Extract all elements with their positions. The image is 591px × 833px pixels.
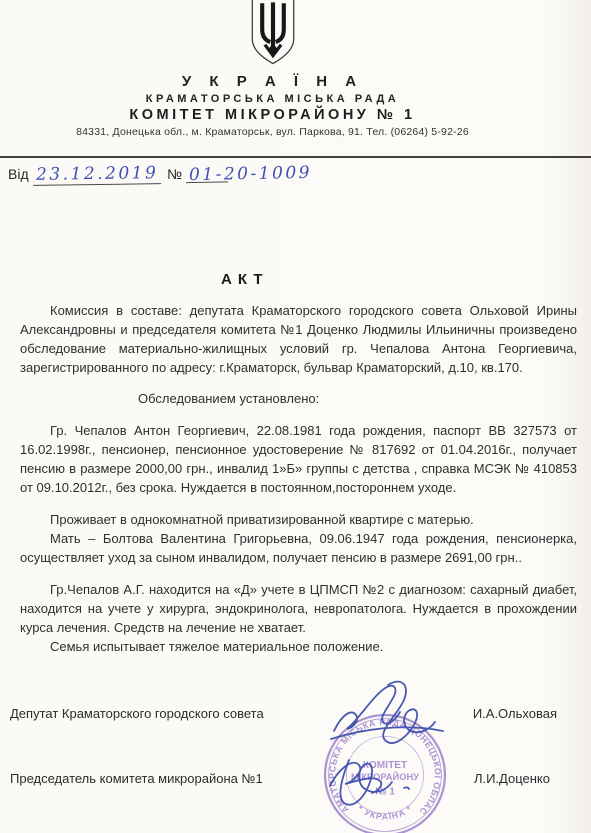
letterhead-address: 84331, Донецька обл., м. Краматорськ, ву… [0,126,545,138]
document-title: АКТ [221,271,269,288]
signature-row-deputy: Депутат Краматорского городского совета … [10,706,560,721]
letterhead-divider [0,156,591,158]
number-label: № [167,166,182,182]
signature-dotsenko-ink [316,742,428,820]
letterhead-council: КРАМАТОРСЬКА МІСЬКА РАДА [0,93,545,105]
from-label: Від [8,166,29,182]
handwritten-date: 23.12.2019 [32,163,161,186]
reference-line: Від23.12.2019№01-20-1009 [8,164,312,185]
signer-role: Депутат Краматорского городского совета [10,706,264,721]
subheading-findings: Обследованием установлено: [138,389,577,408]
scanned-document-page: У К Р А Ї Н А КРАМАТОРСЬКА МІСЬКА РАДА К… [0,0,591,833]
letterhead-committee: КОМІТЕТ МІКРОРАЙОНУ № 1 [0,107,545,123]
paragraph-mother: Мать – Болтова Валентина Григорьевна, 09… [20,529,577,567]
signature-row-chairman: Председатель комитета микрорайона №1 Л.И… [10,771,560,786]
signer-name: И.А.Ольховая [473,706,557,721]
paragraph-medical: Гр.Чепалов А.Г. находится на «Д» учете в… [20,580,577,637]
letterhead-country: У К Р А Ї Н А [0,73,545,90]
ukraine-trident-icon [246,0,300,69]
paragraph-commission: Комиссия в составе: депутата Краматорско… [20,301,577,377]
paragraph-residence: Проживает в однокомнатной приватизирован… [20,510,577,529]
signer-role: Председатель комитета микрорайона №1 [10,771,263,786]
paragraph-family-status: Семья испытывает тяжелое материальное по… [20,637,577,656]
paragraph-person-info: Гр. Чепалов Антон Георгиевич, 22.08.1981… [20,421,577,497]
signer-name: Л.И.Доценко [474,771,550,786]
document-body: Комиссия в составе: депутата Краматорско… [20,301,577,656]
letterhead: У К Р А Ї Н А КРАМАТОРСЬКА МІСЬКА РАДА К… [0,0,545,138]
